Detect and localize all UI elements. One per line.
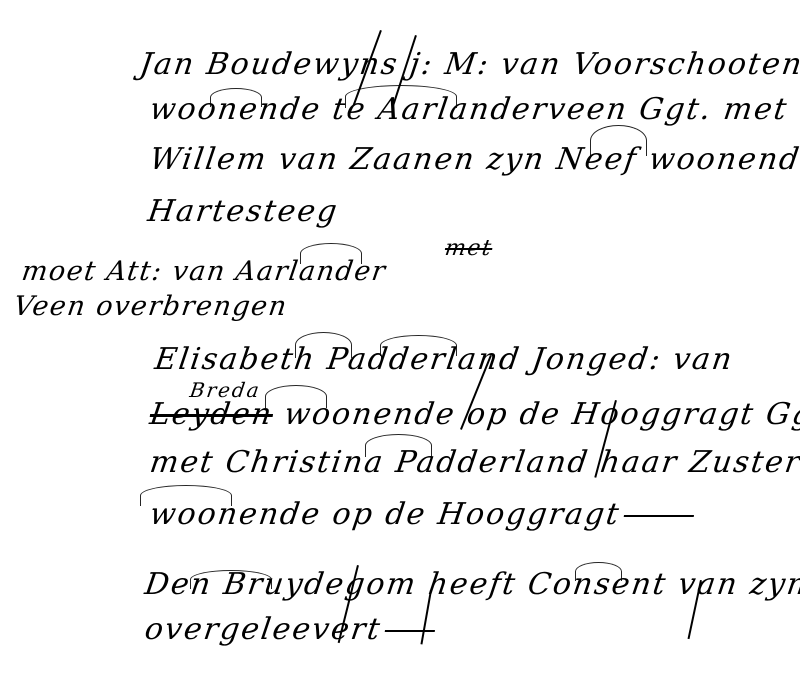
flourish-decoration bbox=[210, 88, 262, 107]
groom-line-1: Jan Boudewyns j: M: van Voorschooten bbox=[138, 50, 800, 80]
flourish-decoration bbox=[345, 85, 457, 108]
margin-note-line-2: Veen overbrengen bbox=[12, 293, 289, 320]
groom-line-4: Hartesteeg bbox=[146, 197, 341, 227]
consent-line-2-text: overgeleevert bbox=[143, 612, 384, 647]
connector-met: met bbox=[443, 238, 493, 260]
bride-line-2-struck-word: Leyden bbox=[148, 397, 276, 432]
bride-line-2-rest: woonende op de Hooggragt Ggt. bbox=[282, 397, 800, 432]
flourish-decoration bbox=[365, 434, 432, 457]
flourish-decoration bbox=[575, 562, 622, 581]
flourish-decoration bbox=[590, 125, 647, 156]
document-page: Jan Boudewyns j: M: van Voorschooten woo… bbox=[0, 0, 800, 700]
bride-line-3: met Christina Padderland haar Zuster bbox=[148, 448, 800, 478]
line-filler-stroke bbox=[385, 630, 435, 632]
groom-line-3: Willem van Zaanen zyn Neef woonende in d… bbox=[148, 145, 800, 175]
bride-line-2: Leyden woonende op de Hooggragt Ggt. bbox=[148, 400, 800, 430]
flourish-decoration bbox=[265, 385, 327, 408]
line-filler-stroke bbox=[624, 515, 694, 517]
consent-line-2: overgeleevert bbox=[143, 615, 437, 645]
flourish-decoration bbox=[380, 335, 457, 356]
flourish-decoration bbox=[300, 243, 362, 264]
flourish-decoration bbox=[190, 570, 272, 589]
flourish-decoration bbox=[295, 332, 352, 358]
flourish-decoration bbox=[140, 485, 232, 506]
